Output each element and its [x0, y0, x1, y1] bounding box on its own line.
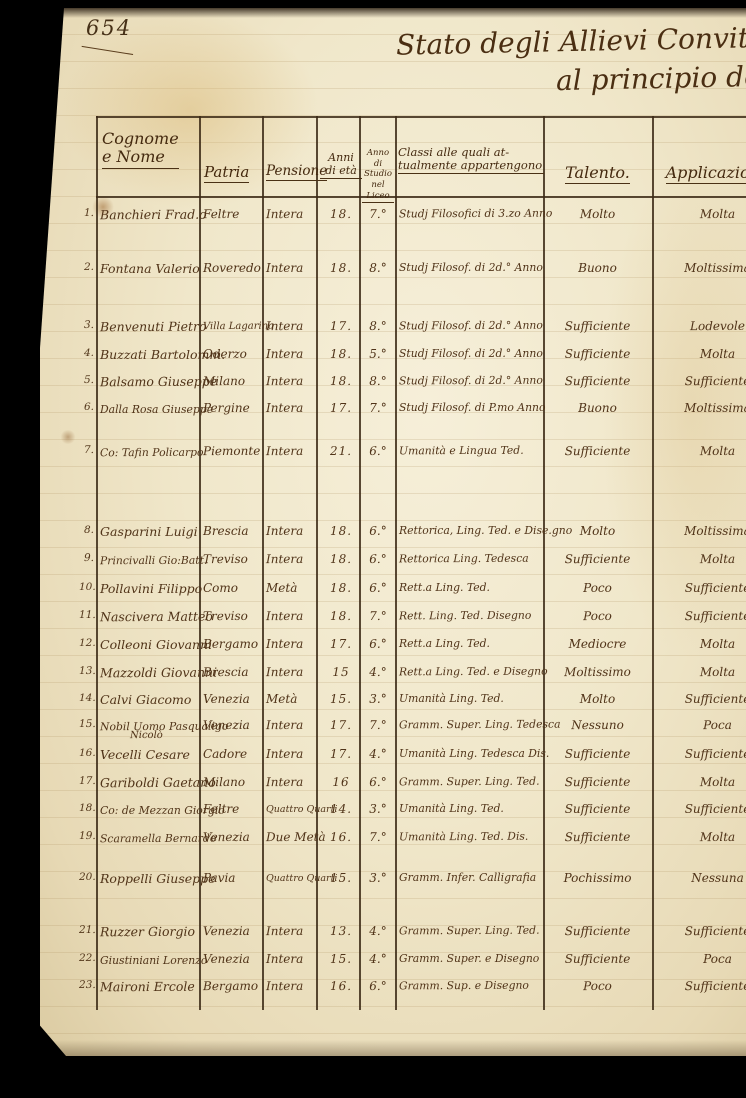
cell-talento: Poco	[543, 581, 652, 595]
cell-pensione: Metà	[266, 581, 318, 595]
document-title-line2: al principio de	[556, 60, 746, 97]
row-number: 1.	[79, 207, 94, 219]
cell-anno-di-studio: 8.°	[362, 261, 394, 275]
cell-applicazione: Sufficiente	[652, 609, 746, 624]
cell-talento: Moltissimo	[543, 665, 652, 680]
cell-pensione: Intera	[266, 524, 318, 538]
row-number: 13.	[79, 665, 94, 677]
cell-patria: Oderzo	[203, 347, 261, 361]
cell-pensione: Intera	[266, 401, 318, 415]
row-number: 12.	[79, 637, 94, 649]
cell-classi: Gramm. Sup. e Disegno	[399, 979, 543, 993]
cell-cognome-nome: Balsamo Giuseppe	[100, 374, 200, 390]
row-number: 3.	[79, 319, 94, 331]
table-row: 15. Nobil Uomo Pasqualigo Nicolò Venezia…	[96, 718, 746, 740]
row-number: 11.	[79, 609, 94, 621]
cell-anni-di-eta: 13.	[320, 924, 362, 938]
cell-cognome-nome: Co: Tafin Policarpo	[100, 446, 200, 460]
row-number: 6.	[79, 401, 94, 413]
cell-classi: Rettorica Ling. Tedesca	[399, 552, 543, 566]
cell-pensione: Intera	[266, 609, 318, 623]
cell-pensione: Intera	[266, 979, 318, 993]
table-row: 4. Buzzati Bartolomm. Oderzo Intera 18. …	[96, 347, 746, 369]
cell-talento: Sufficiente	[543, 552, 652, 567]
cell-classi: Umanità e Lingua Ted.	[399, 444, 543, 458]
cell-pensione: Intera	[266, 444, 318, 458]
paper-bottom-shadow	[40, 1040, 746, 1056]
cell-anno-di-studio: 3.°	[362, 802, 394, 816]
cell-pensione: Intera	[266, 747, 318, 761]
cell-applicazione: Sufficiente	[652, 374, 746, 389]
table-row: 9. Princivalli Gio:Batt. Treviso Intera …	[96, 552, 746, 574]
cell-patria: Como	[203, 581, 261, 595]
cell-cognome-nome-line2: Nicolò	[130, 730, 163, 741]
cell-pensione: Intera	[266, 718, 318, 732]
cell-applicazione: Moltissima	[652, 401, 746, 415]
cell-classi: Studj Filosof. di P.mo Anno	[399, 401, 543, 414]
table-row: 16. Vecelli Cesare Cadore Intera 17. 4.°…	[96, 747, 746, 769]
cell-anni-di-eta: 17.	[320, 637, 362, 651]
cell-cognome-nome: Gasparini Luigi	[100, 524, 200, 539]
cell-applicazione: Molta	[652, 347, 746, 361]
table-row: 5. Balsamo Giuseppe Milano Intera 18. 8.…	[96, 374, 746, 396]
cell-patria: Roveredo	[203, 261, 261, 275]
cell-anno-di-studio: 8.°	[362, 374, 394, 388]
cell-anni-di-eta: 18.	[320, 524, 362, 538]
row-number: 10.	[79, 581, 94, 593]
cell-anni-di-eta: 17.	[320, 747, 362, 761]
cell-cognome-nome: Roppelli Giuseppe	[100, 871, 200, 886]
cell-anno-di-studio: 8.°	[362, 319, 394, 333]
row-number: 15.	[79, 718, 94, 730]
cell-anno-di-studio: 3.°	[362, 871, 394, 885]
cell-applicazione: Sufficiente	[652, 692, 746, 706]
cell-talento: Sufficiente	[543, 347, 652, 361]
cell-cognome-nome: Nascivera Matteo	[100, 609, 200, 625]
cell-talento: Sufficiente	[543, 319, 652, 334]
cell-anno-di-studio: 6.°	[362, 637, 394, 651]
cell-talento: Nessuno	[543, 718, 652, 733]
cell-talento: Sufficiente	[543, 374, 652, 389]
row-number: 5.	[79, 374, 94, 386]
cell-anni-di-eta: 15	[320, 665, 362, 679]
row-number: 18.	[79, 802, 94, 814]
cell-cognome-nome: Princivalli Gio:Batt.	[100, 554, 200, 568]
row-number: 14.	[79, 692, 94, 704]
cell-classi: Studj Filosof. di 2d.° Anno	[399, 347, 543, 360]
cell-patria: Venezia	[203, 830, 261, 844]
cell-applicazione: Molta	[652, 830, 746, 845]
cell-anni-di-eta: 18.	[320, 261, 362, 275]
cell-classi: Gramm. Super. e Disegno	[399, 952, 543, 965]
cell-applicazione: Sufficiente	[652, 802, 746, 816]
row-number: 21.	[79, 924, 94, 936]
table-row: 7. Co: Tafin Policarpo Piemonte Intera 2…	[96, 444, 746, 466]
cell-talento: Buono	[543, 261, 652, 275]
cell-pensione: Intera	[266, 207, 318, 221]
cell-patria: Bergamo	[203, 979, 261, 993]
row-number: 4.	[79, 347, 94, 359]
cell-cognome-nome: Banchieri Frad.o	[100, 207, 200, 223]
cell-cognome-nome: Mazzoldi Giovanni	[100, 665, 200, 681]
table-row: 18. Co: de Mezzan Giorgio Feltre Quattro…	[96, 802, 746, 824]
page-number: 654	[86, 16, 132, 40]
cell-talento: Poco	[543, 609, 652, 624]
cell-applicazione: Nessuna	[652, 871, 746, 885]
cell-anni-di-eta: 17.	[320, 401, 362, 415]
row-number: 9.	[79, 552, 94, 564]
table-row: 13. Mazzoldi Giovanni Brescia Intera 15 …	[96, 665, 746, 687]
cell-anni-di-eta: 18.	[320, 207, 362, 221]
cell-classi: Umanità Ling. Ted.	[399, 692, 543, 705]
cell-classi: Rett. Ling. Ted. Disegno	[399, 609, 543, 623]
cell-cognome-nome: Ruzzer Giorgio	[100, 924, 200, 940]
cell-classi: Umanità Ling. Tedesca Dis.	[399, 747, 543, 760]
table-row: 20. Roppelli Giuseppe Pavia Quattro Quar…	[96, 871, 746, 893]
cell-anni-di-eta: 18.	[320, 374, 362, 388]
scanned-register-page: { "colors": { "background": "#000000", "…	[0, 0, 746, 1098]
cell-cognome-nome: Pollavini Filippo	[100, 581, 200, 596]
cell-patria: Bergamo	[203, 637, 261, 651]
cell-anni-di-eta: 16	[320, 775, 362, 789]
cell-patria: Cadore	[203, 747, 261, 761]
cell-anno-di-studio: 4.°	[362, 747, 394, 761]
cell-anni-di-eta: 16.	[320, 979, 362, 993]
cell-applicazione: Moltissima	[652, 524, 746, 538]
cell-talento: Buono	[543, 401, 652, 415]
cell-talento: Sufficiente	[543, 747, 652, 761]
row-number: 7.	[79, 444, 94, 456]
cell-classi: Studj Filosof. di 2d.° Anno	[399, 261, 543, 274]
row-number: 16.	[79, 747, 94, 759]
cell-cognome-nome: Buzzati Bartolomm.	[100, 347, 200, 362]
row-number: 8.	[79, 524, 94, 536]
table-row: 22. Giustiniani Lorenzo Venezia Intera 1…	[96, 952, 746, 974]
cell-patria: Milano	[203, 775, 261, 789]
cell-anno-di-studio: 7.°	[362, 609, 394, 623]
cell-talento: Mediocre	[543, 637, 652, 651]
cell-talento: Sufficiente	[543, 802, 652, 816]
cell-anni-di-eta: 15.	[320, 871, 362, 885]
cell-applicazione: Moltissima	[652, 261, 746, 275]
cell-anno-di-studio: 4.°	[362, 924, 394, 938]
cell-pensione: Intera	[266, 952, 318, 966]
cell-talento: Sufficiente	[543, 924, 652, 939]
cell-anno-di-studio: 7.°	[362, 207, 394, 221]
cell-patria: Brescia	[203, 665, 261, 679]
cell-classi: Rett.a Ling. Ted. e Disegno	[399, 665, 543, 679]
cell-pensione: Intera	[266, 775, 318, 789]
table-row: 19. Scaramella Bernardo Venezia Due Metà…	[96, 830, 746, 852]
cell-anno-di-studio: 5.°	[362, 347, 394, 361]
cell-patria: Pavia	[203, 871, 261, 885]
cell-talento: Molto	[543, 207, 652, 222]
cell-cognome-nome: Scaramella Bernardo	[100, 832, 200, 846]
row-number: 22.	[79, 952, 94, 964]
cell-pensione: Intera	[266, 924, 318, 938]
cell-anno-di-studio: 6.°	[362, 552, 394, 566]
cell-pensione: Intera	[266, 665, 318, 679]
cell-anni-di-eta: 18.	[320, 552, 362, 566]
cell-classi: Umanità Ling. Ted. Dis.	[399, 830, 543, 844]
cell-patria: Villa Lagarina	[203, 321, 261, 332]
cell-applicazione: Lodevole	[652, 319, 746, 334]
row-number: 23.	[79, 979, 94, 991]
cell-applicazione: Sufficiente	[652, 924, 746, 939]
cell-patria: Feltre	[203, 802, 261, 816]
cell-classi: Studj Filosofici di 3.zo Anno	[399, 207, 543, 221]
cell-patria: Treviso	[203, 552, 261, 566]
cell-classi: Gramm. Super. Ling. Ted.	[399, 775, 543, 789]
cell-anno-di-studio: 6.°	[362, 775, 394, 789]
cell-pensione: Due Metà	[266, 830, 318, 844]
cell-anno-di-studio: 3.°	[362, 692, 394, 706]
cell-talento: Molto	[543, 692, 652, 706]
cell-applicazione: Sufficiente	[652, 747, 746, 761]
cell-pensione: Quattro Quarti	[266, 804, 318, 815]
cell-talento: Sufficiente	[543, 830, 652, 845]
cell-cognome-nome: Benvenuti Pietro	[100, 319, 200, 335]
cell-pensione: Intera	[266, 637, 318, 651]
cell-patria: Piemonte	[203, 444, 261, 458]
cell-classi: Umanità Ling. Ted.	[399, 802, 543, 815]
table-row: 6. Dalla Rosa Giuseppe Pergine Intera 17…	[96, 401, 746, 423]
cell-pensione: Intera	[266, 261, 318, 275]
cell-pensione: Intera	[266, 319, 318, 333]
table-row: 2. Fontana Valerio Roveredo Intera 18. 8…	[96, 261, 746, 283]
cell-pensione: Intera	[266, 347, 318, 361]
cell-anno-di-studio: 7.°	[362, 401, 394, 415]
table-body: 1. Banchieri Frad.o Feltre Intera 18. 7.…	[96, 116, 746, 1010]
cell-anni-di-eta: 18.	[320, 347, 362, 361]
cell-anno-di-studio: 7.°	[362, 718, 394, 732]
cell-cognome-nome: Gariboldi Gaetano	[100, 775, 200, 791]
table-row: 8. Gasparini Luigi Brescia Intera 18. 6.…	[96, 524, 746, 546]
cell-classi: Rett.a Ling. Ted.	[399, 637, 543, 650]
cell-talento: Sufficiente	[543, 775, 652, 790]
cell-classi: Rettorica, Ling. Ted. e Dise.gno	[399, 524, 543, 537]
table-row: 17. Gariboldi Gaetano Milano Intera 16 6…	[96, 775, 746, 797]
cell-pensione: Intera	[266, 374, 318, 388]
cell-anni-di-eta: 16.	[320, 830, 362, 844]
cell-classi: Gramm. Super. Ling. Tedesca	[399, 718, 543, 732]
cell-anni-di-eta: 14.	[320, 802, 362, 816]
cell-anno-di-studio: 7.°	[362, 830, 394, 844]
cell-applicazione: Molta	[652, 552, 746, 567]
cell-classi: Gramm. Infer. Calligrafia	[399, 871, 543, 884]
cell-applicazione: Molta	[652, 637, 746, 651]
cell-pensione: Intera	[266, 552, 318, 566]
table-row: 3. Benvenuti Pietro Villa Lagarina Inter…	[96, 319, 746, 341]
cell-cognome-nome: Calvi Giacomo	[100, 692, 200, 707]
cell-applicazione: Poca	[652, 952, 746, 966]
page-number-text: 654	[86, 16, 132, 40]
cell-anno-di-studio: 6.°	[362, 524, 394, 538]
cell-talento: Molto	[543, 524, 652, 538]
cell-cognome-nome: Co: de Mezzan Giorgio	[100, 804, 200, 817]
cell-pensione: Metà	[266, 692, 318, 706]
cell-anni-di-eta: 18.	[320, 609, 362, 623]
cell-anno-di-studio: 6.°	[362, 979, 394, 993]
cell-patria: Feltre	[203, 207, 261, 221]
cell-pensione: Quattro Quarti	[266, 873, 318, 884]
cell-anni-di-eta: 21.	[320, 444, 362, 458]
table-row: 21. Ruzzer Giorgio Venezia Intera 13. 4.…	[96, 924, 746, 946]
cell-applicazione: Molta	[652, 665, 746, 680]
cell-patria: Venezia	[203, 952, 261, 966]
table-row: 14. Calvi Giacomo Venezia Metà 15. 3.° U…	[96, 692, 746, 714]
paper-top-shadow	[40, 8, 746, 18]
cell-anni-di-eta: 17.	[320, 718, 362, 732]
cell-anni-di-eta: 15.	[320, 692, 362, 706]
cell-talento: Pochissimo	[543, 871, 652, 885]
cell-anni-di-eta: 18.	[320, 581, 362, 595]
table-row: 23. Maironi Ercole Bergamo Intera 16. 6.…	[96, 979, 746, 1001]
cell-cognome-nome: Colleoni Giovanni	[100, 637, 200, 652]
cell-anno-di-studio: 4.°	[362, 952, 394, 966]
table-row: 1. Banchieri Frad.o Feltre Intera 18. 7.…	[96, 207, 746, 229]
cell-classi: Gramm. Super. Ling. Ted.	[399, 924, 543, 938]
cell-patria: Venezia	[203, 692, 261, 706]
cell-anno-di-studio: 4.°	[362, 665, 394, 679]
cell-talento: Poco	[543, 979, 652, 994]
cell-applicazione: Molta	[652, 207, 746, 222]
cell-applicazione: Sufficiente	[652, 581, 746, 595]
cell-talento: Sufficiente	[543, 952, 652, 966]
register-table: Cognome e Nome Patria Pensione Anni di e…	[96, 116, 746, 1010]
table-row: 11. Nascivera Matteo Treviso Intera 18. …	[96, 609, 746, 631]
cell-patria: Pergine	[203, 401, 261, 415]
cell-anno-di-studio: 6.°	[362, 444, 394, 458]
cell-classi: Studj Filosof. di 2d.° Anno	[399, 319, 543, 333]
cell-anni-di-eta: 15.	[320, 952, 362, 966]
cell-patria: Brescia	[203, 524, 261, 538]
cell-cognome-nome: Dalla Rosa Giuseppe	[100, 403, 200, 416]
table-row: 10. Pollavini Filippo Como Metà 18. 6.° …	[96, 581, 746, 603]
row-number: 2.	[79, 261, 94, 273]
cell-applicazione: Molta	[652, 444, 746, 459]
cell-anni-di-eta: 17.	[320, 319, 362, 333]
row-number: 20.	[79, 871, 94, 883]
cell-patria: Venezia	[203, 924, 261, 938]
cell-cognome-nome: Maironi Ercole	[100, 979, 200, 995]
row-number: 19.	[79, 830, 94, 842]
cell-patria: Venezia	[203, 718, 261, 732]
table-row: 12. Colleoni Giovanni Bergamo Intera 17.…	[96, 637, 746, 659]
cell-cognome-nome: Fontana Valerio	[100, 261, 200, 276]
cell-classi: Rett.a Ling. Ted.	[399, 581, 543, 594]
cell-classi: Studj Filosof. di 2d.° Anno	[399, 374, 543, 388]
cell-patria: Milano	[203, 374, 261, 388]
cell-patria: Treviso	[203, 609, 261, 623]
cell-applicazione: Molta	[652, 775, 746, 790]
cell-applicazione: Sufficiente	[652, 979, 746, 994]
cell-anno-di-studio: 6.°	[362, 581, 394, 595]
cell-applicazione: Poca	[652, 718, 746, 733]
row-number: 17.	[79, 775, 94, 787]
cell-cognome-nome: Giustiniani Lorenzo	[100, 954, 200, 967]
cell-talento: Sufficiente	[543, 444, 652, 459]
cell-cognome-nome: Vecelli Cesare	[100, 747, 200, 762]
